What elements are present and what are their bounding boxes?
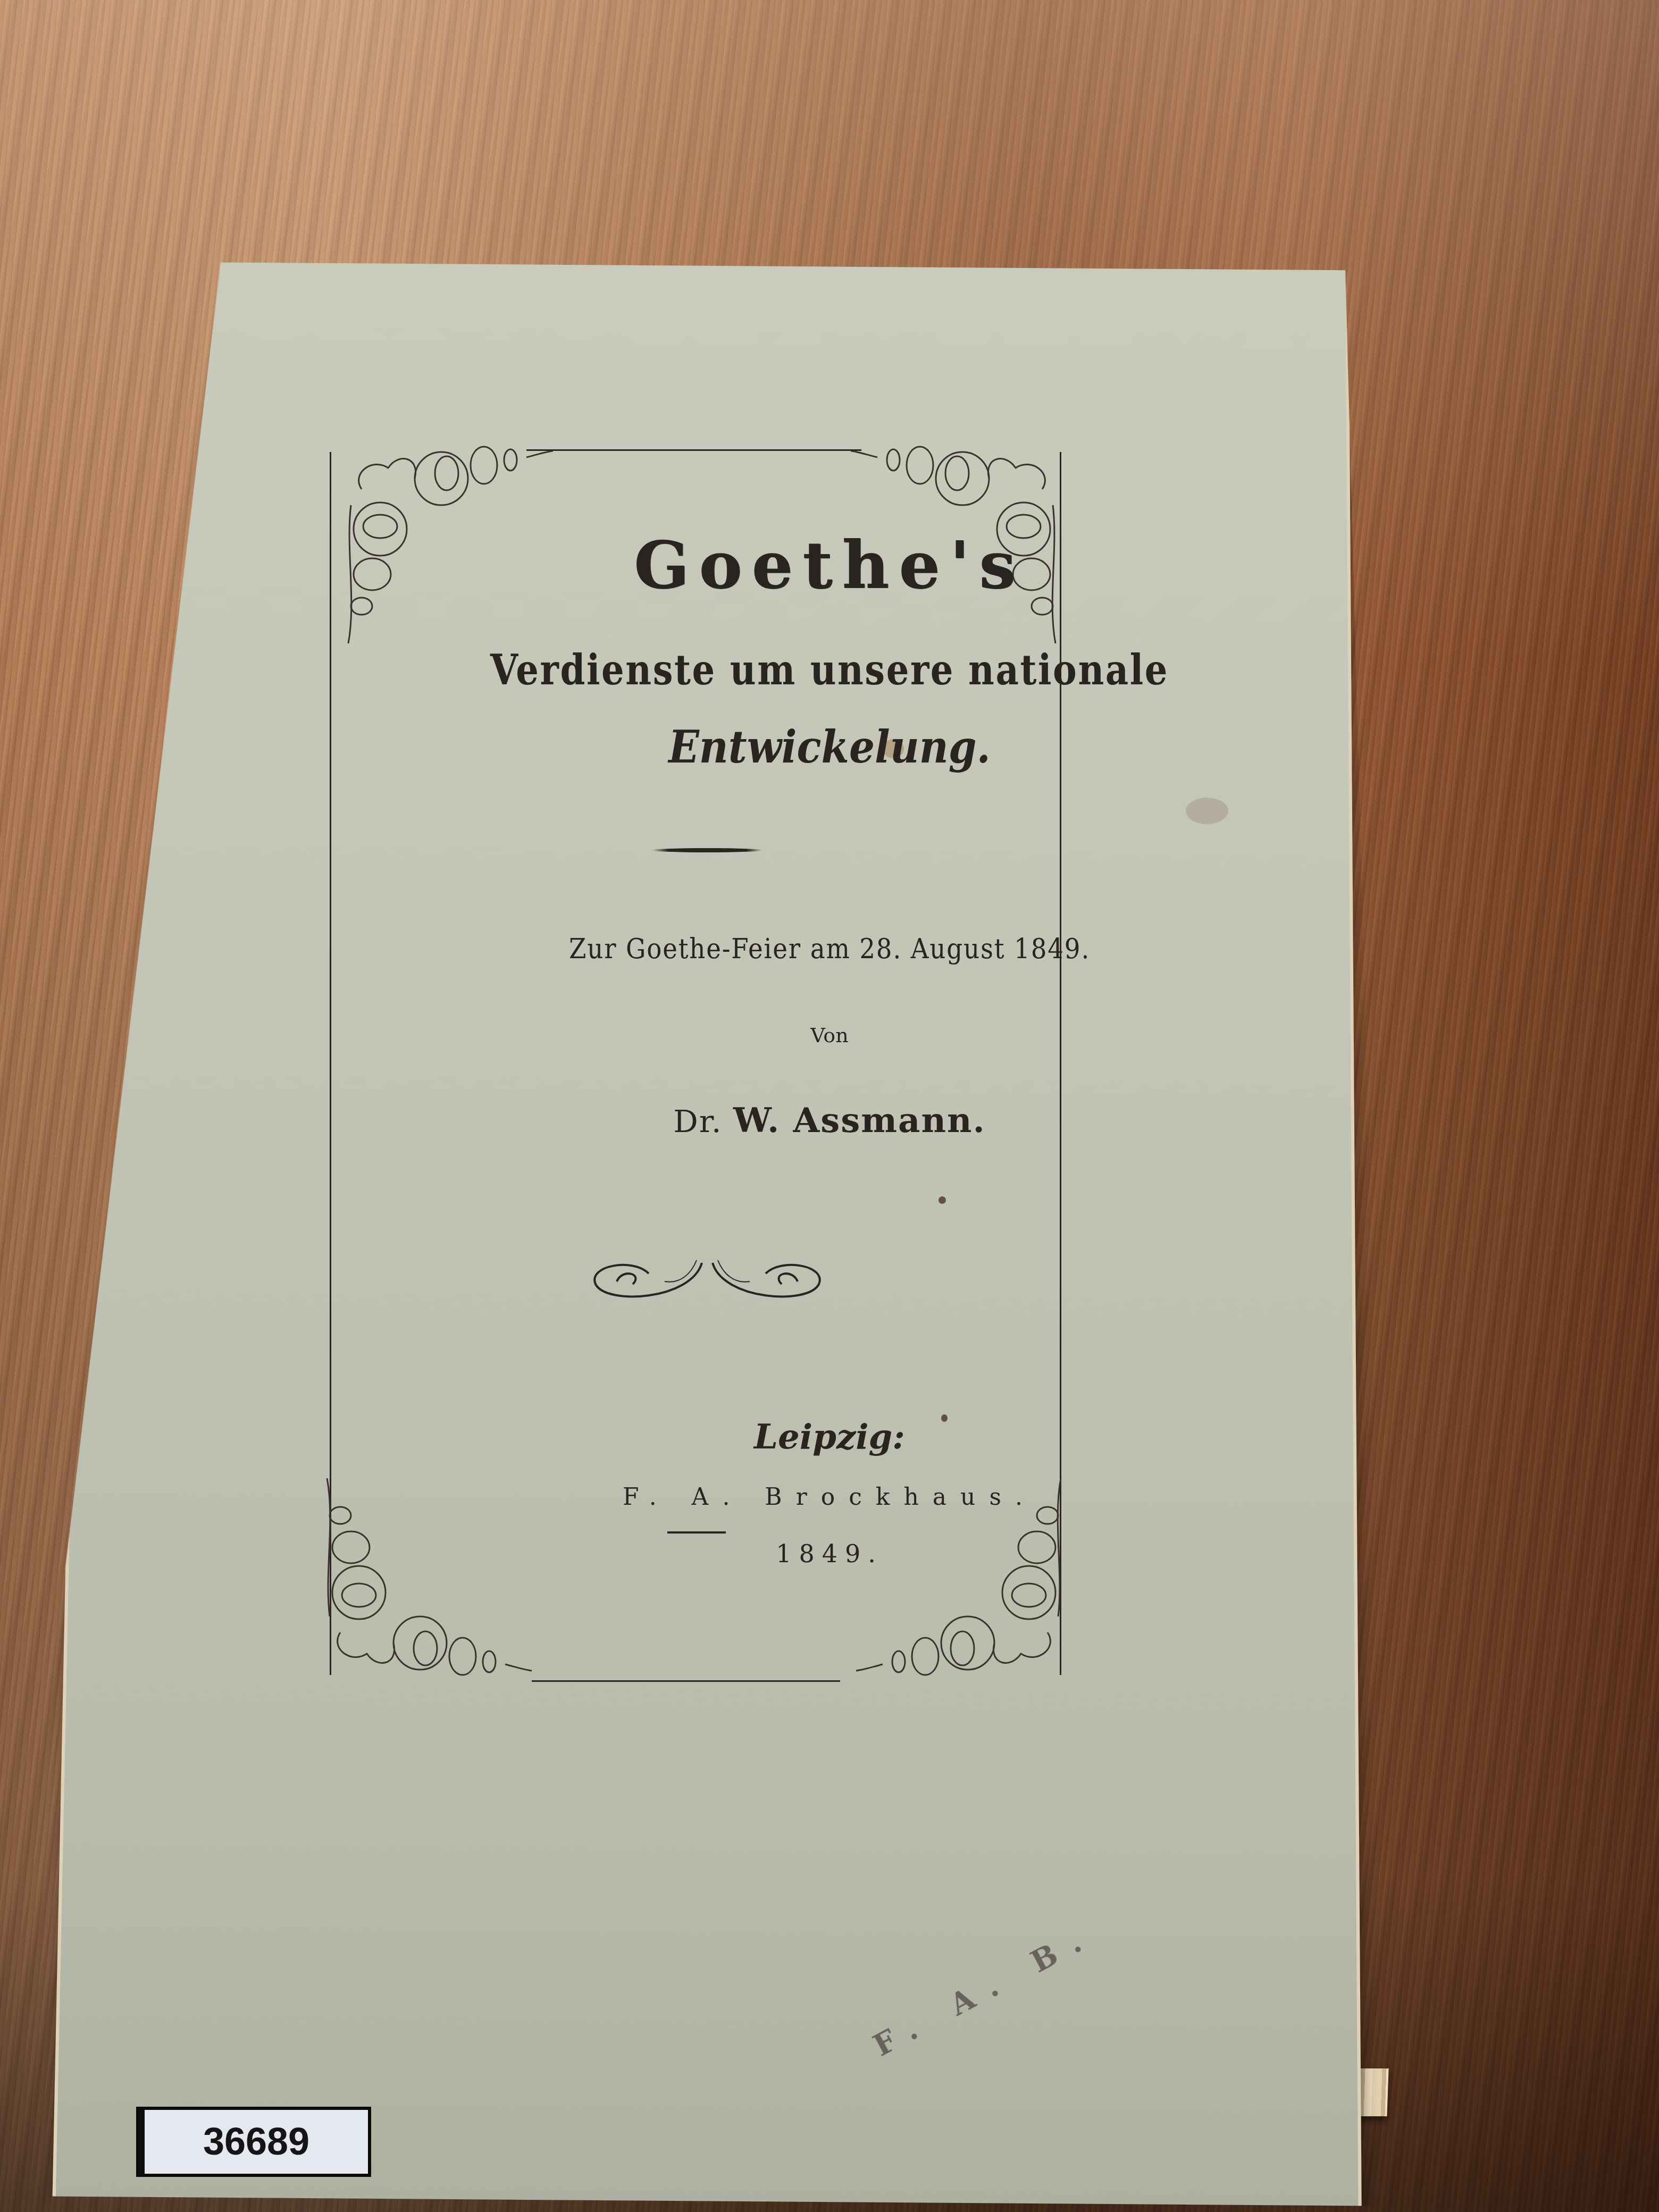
- book-title: Goethe's: [0, 526, 1659, 603]
- by-line: Von: [0, 1024, 1659, 1047]
- scroll-flourish-icon: [585, 1252, 829, 1311]
- author-name: W. Assmann.: [733, 1101, 986, 1141]
- frame-top-rule: [526, 449, 861, 451]
- frame-bottom-rule: [532, 1680, 840, 1682]
- ornamental-divider-icon: [651, 848, 763, 852]
- book-subtitle-line1: Verdienste um unsere nationale: [116, 646, 1543, 694]
- inventory-label: 36689: [139, 2110, 368, 2174]
- publication-place: Leipzig:: [0, 1417, 1659, 1457]
- author-line: Dr. W. Assmann.: [0, 1101, 1659, 1141]
- publisher-rule: [667, 1531, 726, 1534]
- publisher-name: F. A. Brockhaus.: [0, 1484, 1659, 1511]
- occasion-line: Zur Goethe-Feier am 28. August 1849.: [83, 933, 1576, 965]
- author-prefix: Dr.: [673, 1103, 722, 1139]
- publication-year: 1849.: [0, 1539, 1659, 1568]
- inventory-number: 36689: [145, 2110, 368, 2174]
- book-subtitle-line2: Entwickelung.: [83, 720, 1576, 773]
- paper-stain: [1186, 798, 1228, 824]
